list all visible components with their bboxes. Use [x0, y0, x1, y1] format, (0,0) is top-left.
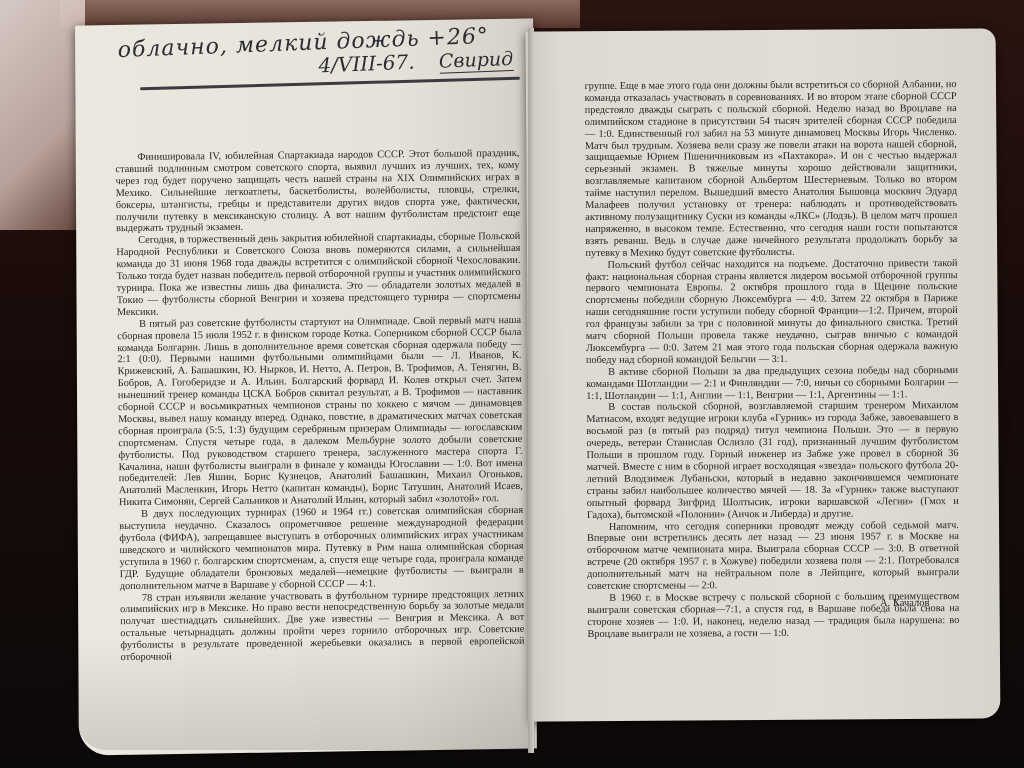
left-page-text: Финишировала IV, юбилейная Спартакиада н… — [115, 148, 524, 664]
paragraph: В пятый раз советские футболисты стартую… — [117, 315, 523, 510]
paragraph: 78 стран изъявили желание участвовать в … — [120, 588, 525, 664]
right-page-text: группе. Еще в мае этого года они должны … — [585, 79, 960, 641]
article-author: А. Качалов — [880, 598, 929, 609]
paragraph: Сегодня, в торжественный день закрытия ю… — [116, 231, 521, 319]
paragraph: группе. Еще в мае этого года они должны … — [585, 79, 958, 260]
booklet-spine — [528, 28, 534, 753]
handwritten-date: 4/VIII-67. — [318, 50, 415, 78]
paragraph: В состав польской сборной, возглавляемой… — [586, 400, 959, 521]
paragraph: Финишировала IV, юбилейная Спартакиада н… — [115, 148, 520, 236]
paragraph: Напомним, что сегодня соперники проводят… — [587, 520, 959, 593]
paragraph: В активе сборной Польши за два предыдущи… — [586, 365, 958, 403]
background-cloth — [0, 0, 85, 230]
paragraph: Польский футбол сейчас находится на подъ… — [585, 258, 958, 367]
handwritten-signature: Свирид — [438, 48, 513, 74]
paragraph: В двух последующих турнирах (1960 и 1964… — [119, 505, 524, 593]
